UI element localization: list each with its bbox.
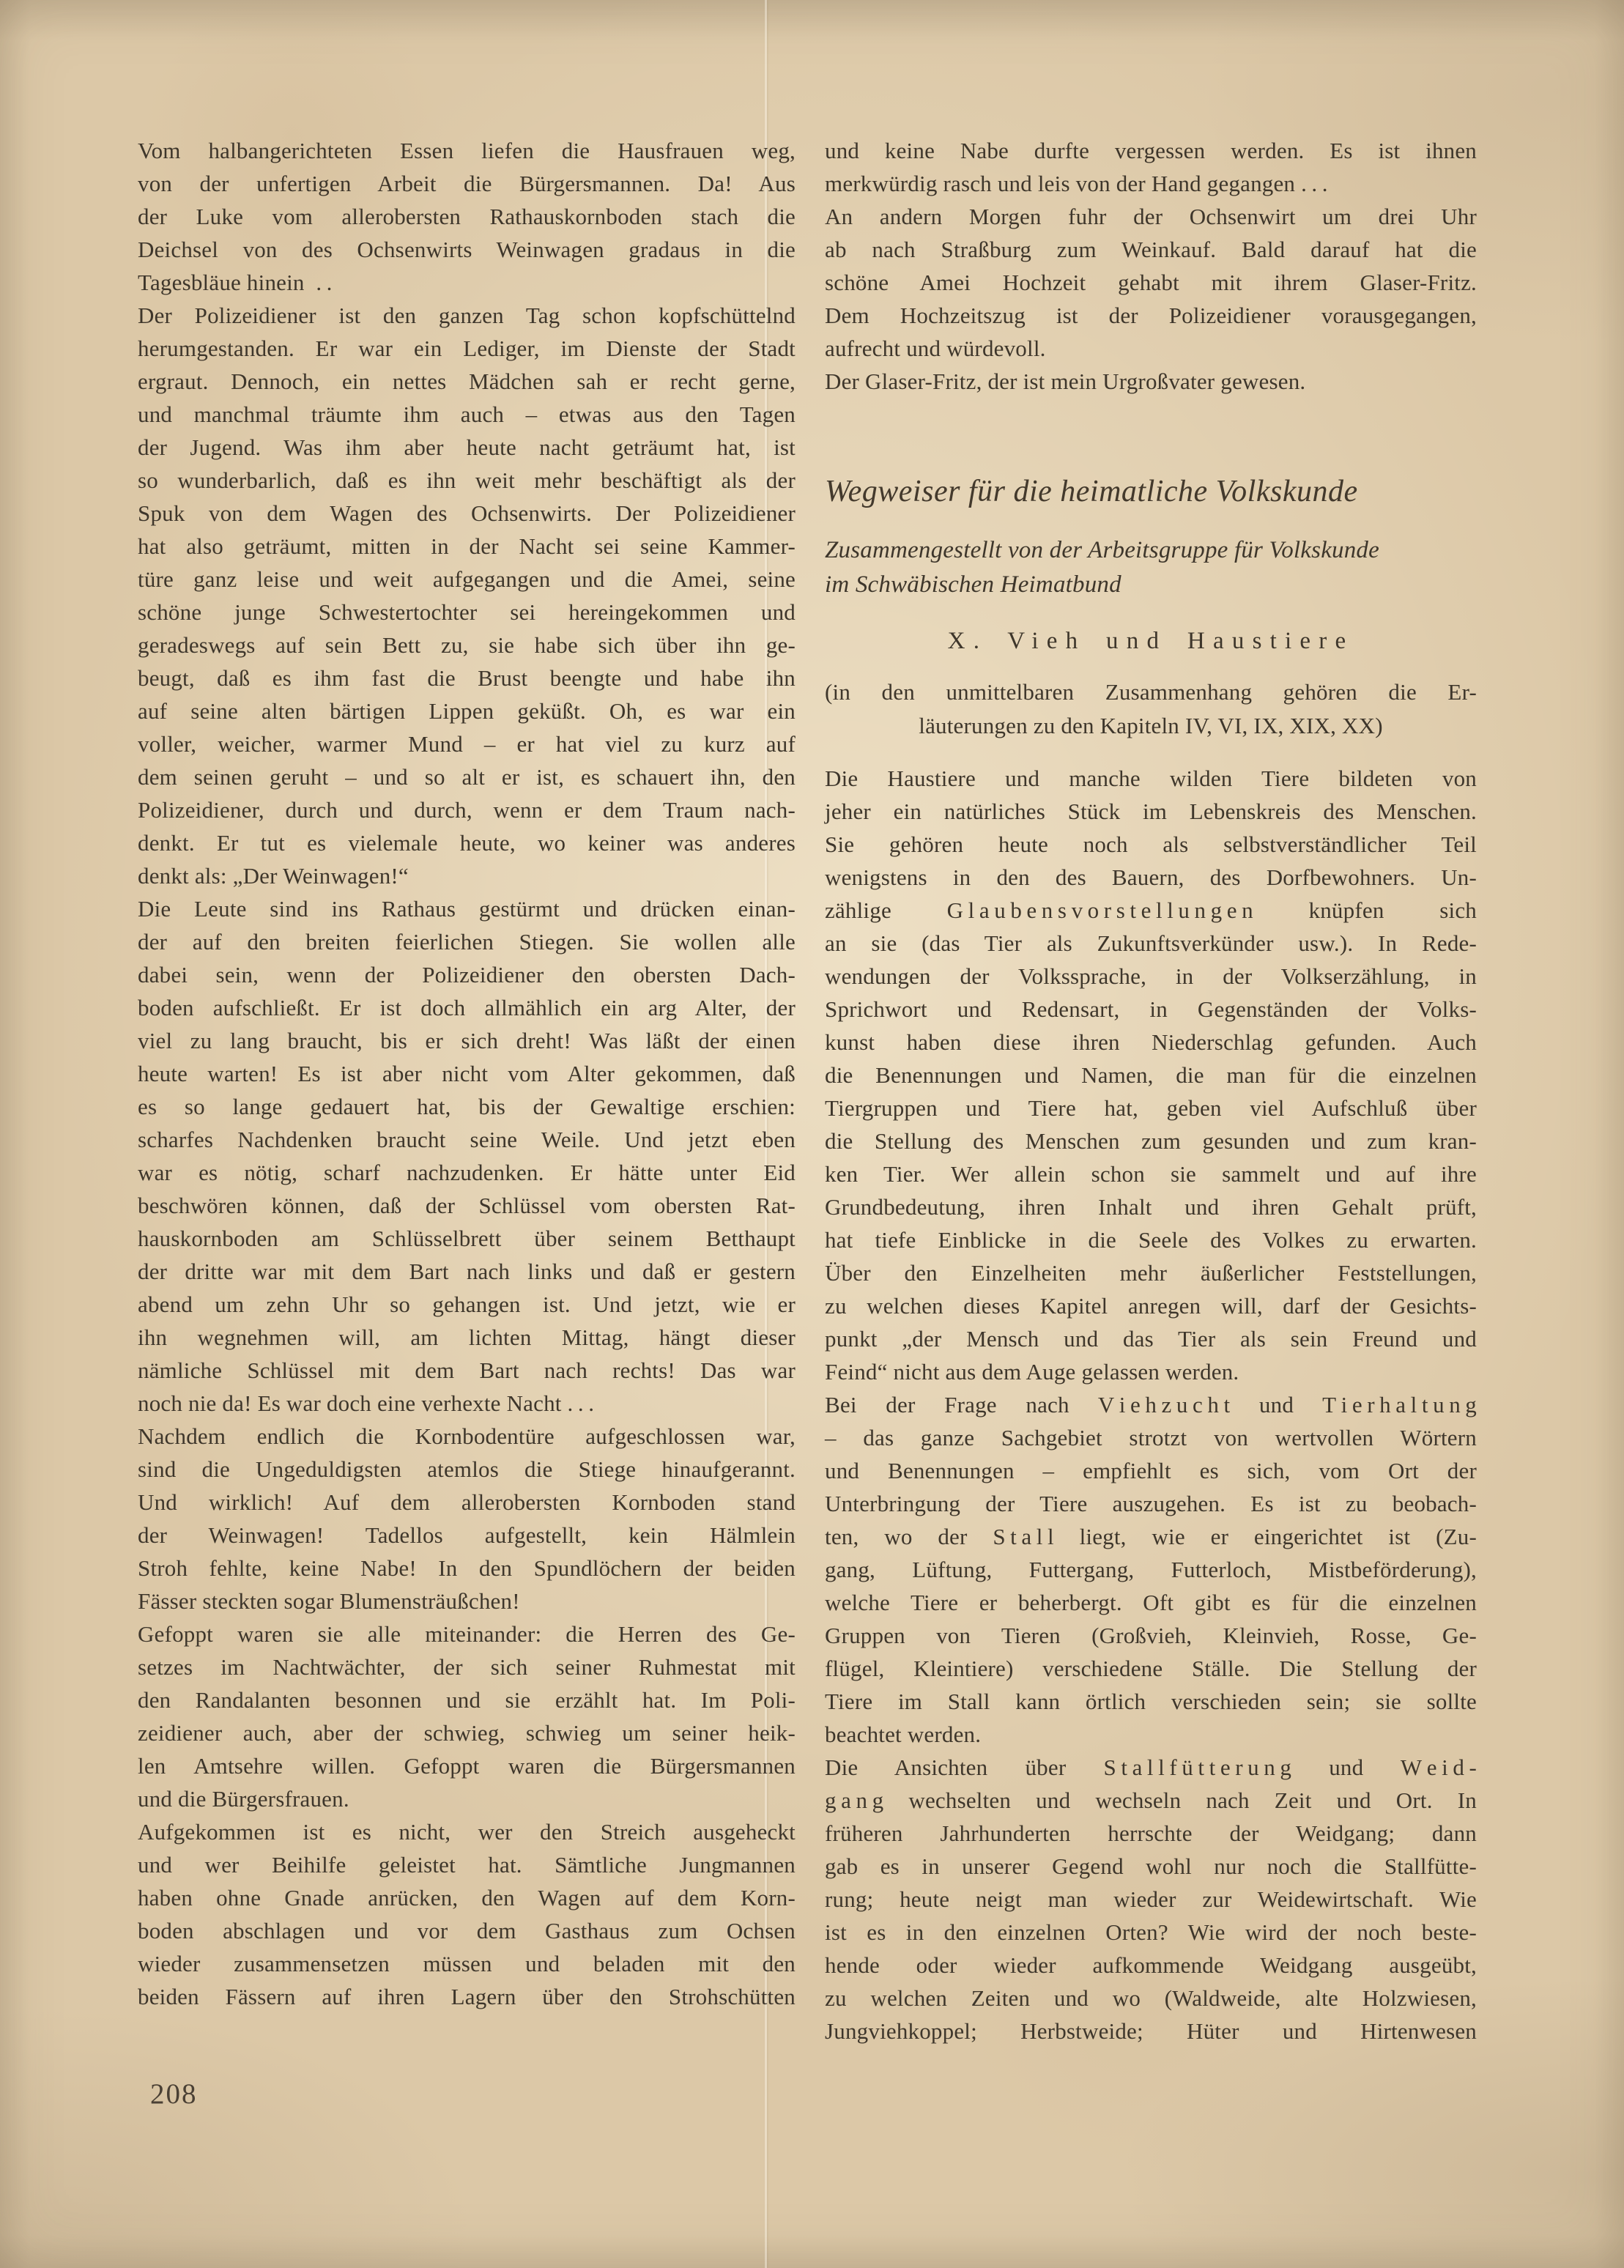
- story-continuation: und keine Nabe durfte vergessen werden. …: [825, 134, 1477, 398]
- article-byline: Zusammengestellt von der Arbeitsgruppe f…: [825, 533, 1477, 602]
- text-line: Spuk von dem Wagen des Ochsenwirts. Der …: [138, 497, 796, 530]
- note-line: läuterungen zu den Kapiteln IV, VI, IX, …: [825, 709, 1477, 743]
- text-line: zu welchen Zeiten und wo (Waldweide, alt…: [825, 1982, 1477, 2015]
- text-line: auf seine alten bärtigen Lippen geküßt. …: [138, 694, 796, 727]
- text-line: früheren Jahrhunderten herrschte der Wei…: [825, 1817, 1477, 1850]
- text-line: Deichsel von des Ochsenwirts Weinwagen g…: [138, 233, 796, 266]
- text-line: Feind“ nicht aus dem Auge gelassen werde…: [825, 1355, 1477, 1388]
- text-line: dabei sein, wenn der Polizeidiener den o…: [138, 958, 796, 991]
- text-line: der Luke vom allerobersten Rathauskornbo…: [138, 200, 796, 233]
- text-line: hauskornboden am Schlüsselbrett über sei…: [138, 1222, 796, 1255]
- text-line: beachtet werden.: [825, 1718, 1477, 1751]
- text-line: hat tiefe Einblicke in die Seele des Vol…: [825, 1223, 1477, 1256]
- text-line: Die Haustiere und manche wilden Tiere bi…: [825, 762, 1477, 795]
- note-line: (in den unmittelbaren Zusammenhang gehör…: [825, 675, 1477, 709]
- text-line: scharfes Nachdenken braucht seine Weile.…: [138, 1123, 796, 1156]
- text-line: g a n g wechselten und wechseln nach Zei…: [825, 1784, 1477, 1817]
- text-line: türe ganz leise und weit aufgegangen und…: [138, 563, 796, 596]
- text-line: Tiere im Stall kann örtlich verschieden …: [825, 1685, 1477, 1718]
- text-line: boden abschlagen und vor dem Gasthaus zu…: [138, 1914, 796, 1947]
- text-line: merkwürdig rasch und leis von der Hand g…: [825, 167, 1477, 200]
- article-title: Wegweiser für die heimatliche Volkskunde: [825, 469, 1477, 514]
- text-line: beiden Fässern auf ihren Lagern über den…: [138, 1980, 796, 2013]
- text-line: zählige G l a u b e n s v o r s t e l l …: [825, 894, 1477, 927]
- paragraph: Gefoppt waren sie alle miteinander: die …: [138, 1617, 796, 1815]
- text-line: punkt „der Mensch und das Tier als sein …: [825, 1322, 1477, 1355]
- text-line: Gefoppt waren sie alle miteinander: die …: [138, 1617, 796, 1650]
- text-line: wendungen der Volkssprache, in der Volks…: [825, 960, 1477, 993]
- text-line: dem seinen geruht – und so alt er ist, e…: [138, 760, 796, 793]
- text-line: ihn wegnehmen will, am lichten Mittag, h…: [138, 1321, 796, 1354]
- text-line: Unterbringung der Tiere auszugehen. Es i…: [825, 1487, 1477, 1520]
- paragraph: Nachdem endlich die Kornbodentüre aufges…: [138, 1420, 796, 1617]
- text-line: es so lange gedauert hat, bis der Gewalt…: [138, 1090, 796, 1123]
- paragraph: Bei der Frage nach V i e h z u c h t und…: [825, 1388, 1477, 1751]
- text-line: der Jugend. Was ihm aber heute nacht get…: [138, 431, 796, 464]
- text-line: gang, Lüftung, Futtergang, Futterloch, M…: [825, 1553, 1477, 1586]
- paragraph: und keine Nabe durfte vergessen werden. …: [825, 134, 1477, 200]
- text-line: Polizeidiener, durch und durch, wenn er …: [138, 793, 796, 826]
- text-line: len Amtsehre willen. Gefoppt waren die B…: [138, 1749, 796, 1782]
- left-column: Vom halbangerichteten Essen liefen die H…: [138, 134, 796, 2013]
- text-line: voller, weicher, warmer Mund – er hat vi…: [138, 727, 796, 760]
- text-line: heute warten! Es ist aber nicht vom Alte…: [138, 1057, 796, 1090]
- text-line: von der unfertigen Arbeit die Bürgersman…: [138, 167, 796, 200]
- text-line: Und wirklich! Auf dem allerobersten Korn…: [138, 1486, 796, 1519]
- text-line: Vom halbangerichteten Essen liefen die H…: [138, 134, 796, 167]
- text-line: flügel, Kleintiere) verschiedene Ställe.…: [825, 1652, 1477, 1685]
- byline-line: im Schwäbischen Heimatbund: [825, 568, 1477, 602]
- paragraph: Der Polizeidiener ist den ganzen Tag sch…: [138, 299, 796, 892]
- paragraph: Der Glaser-Fritz, der ist mein Urgroßvat…: [825, 365, 1477, 398]
- paragraph: Aufgekommen ist es nicht, wer den Streic…: [138, 1815, 796, 2013]
- text-line: Jungviehkoppel; Herbstweide; Hüter und H…: [825, 2015, 1477, 2047]
- text-line: welche Tiere er beherbergt. Oft gibt es …: [825, 1586, 1477, 1619]
- text-line: setzes im Nachtwächter, der sich seiner …: [138, 1650, 796, 1683]
- text-line: beugt, daß es ihm fast die Brust beengte…: [138, 661, 796, 694]
- text-line: war es nötig, scharf nachzudenken. Er hä…: [138, 1156, 796, 1189]
- text-line: zeidiener auch, aber der schwieg, schwie…: [138, 1716, 796, 1749]
- text-line: schöne junge Schwestertochter sei herein…: [138, 596, 796, 629]
- text-line: An andern Morgen fuhr der Ochsenwirt um …: [825, 200, 1477, 233]
- text-line: sind die Ungeduldigsten atemlos die Stie…: [138, 1453, 796, 1486]
- text-line: und wer Beihilfe geleistet hat. Sämtlich…: [138, 1848, 796, 1881]
- text-line: – das ganze Sachgebiet strotzt von wertv…: [825, 1421, 1477, 1454]
- text-line: ab nach Straßburg zum Weinkauf. Bald dar…: [825, 233, 1477, 266]
- text-line: kunst haben diese ihren Niederschlag gef…: [825, 1026, 1477, 1059]
- text-line: Die Ansichten über S t a l l f ü t t e r…: [825, 1751, 1477, 1784]
- text-line: denkt als: „Der Weinwagen!“: [138, 859, 796, 892]
- text-line: so wunderbarlich, daß es ihn weit mehr b…: [138, 464, 796, 497]
- text-line: der dritte war mit dem Bart nach links u…: [138, 1255, 796, 1288]
- text-line: der auf den breiten feierlichen Stiegen.…: [138, 925, 796, 958]
- text-line: wieder zusammensetzen müssen und beladen…: [138, 1947, 796, 1980]
- text-line: ist es in den einzelnen Orten? Wie wird …: [825, 1916, 1477, 1949]
- text-line: hende oder wieder aufkommende Weidgang a…: [825, 1949, 1477, 1982]
- text-line: jeher ein natürliches Stück im Lebenskre…: [825, 795, 1477, 828]
- text-line: Tagesbläue hinein . .: [138, 266, 796, 299]
- section-heading: X. Vieh und Haustiere: [825, 624, 1477, 658]
- text-line: noch nie da! Es war doch eine verhexte N…: [138, 1387, 796, 1420]
- section-note: (in den unmittelbaren Zusammenhang gehör…: [825, 675, 1477, 743]
- text-line: Stroh fehlte, keine Nabe! In den Spundlö…: [138, 1552, 796, 1585]
- paragraph: Die Haustiere und manche wilden Tiere bi…: [825, 762, 1477, 1388]
- text-line: Über den Einzelheiten mehr äußerlicher F…: [825, 1256, 1477, 1289]
- text-line: Aufgekommen ist es nicht, wer den Streic…: [138, 1815, 796, 1848]
- text-line: die Benennungen und Namen, die man für d…: [825, 1059, 1477, 1092]
- text-line: Grundbedeutung, ihren Inhalt und ihren G…: [825, 1190, 1477, 1223]
- text-line: ken Tier. Wer allein schon sie sammelt u…: [825, 1157, 1477, 1190]
- text-line: boden aufschließt. Er ist doch allmählic…: [138, 991, 796, 1024]
- text-line: Sie gehören heute noch als selbstverstän…: [825, 828, 1477, 861]
- text-line: hat also geträumt, mitten in der Nacht s…: [138, 530, 796, 563]
- text-line: Bei der Frage nach V i e h z u c h t und…: [825, 1388, 1477, 1421]
- text-line: aufrecht und würdevoll.: [825, 332, 1477, 365]
- text-line: beschwören können, daß der Schlüssel vom…: [138, 1189, 796, 1222]
- text-line: und Benennungen – empfiehlt es sich, vom…: [825, 1454, 1477, 1487]
- text-line: Sprichwort und Redensart, in Gegenstände…: [825, 993, 1477, 1026]
- text-line: Tiergruppen und Tiere hat, geben viel Au…: [825, 1092, 1477, 1124]
- text-line: der Weinwagen! Tadellos aufgestellt, kei…: [138, 1519, 796, 1552]
- text-line: schöne Amei Hochzeit gehabt mit ihrem Gl…: [825, 266, 1477, 299]
- text-line: Dem Hochzeitszug ist der Polizeidiener v…: [825, 299, 1477, 332]
- text-line: ergraut. Dennoch, ein nettes Mädchen sah…: [138, 365, 796, 398]
- text-line: ten, wo der S t a l l liegt, wie er eing…: [825, 1520, 1477, 1553]
- text-line: und keine Nabe durfte vergessen werden. …: [825, 134, 1477, 167]
- text-line: wenigstens in den des Bauern, des Dorfbe…: [825, 861, 1477, 894]
- text-line: nämliche Schlüssel mit dem Bart nach rec…: [138, 1354, 796, 1387]
- text-line: Gruppen von Tieren (Großvieh, Kleinvieh,…: [825, 1619, 1477, 1652]
- text-line: viel zu lang braucht, bis er sich dreht!…: [138, 1024, 796, 1057]
- text-line: den Randalanten besonnen und sie erzählt…: [138, 1683, 796, 1716]
- text-line: und manchmal träumte ihm auch – etwas au…: [138, 398, 796, 431]
- text-line: abend um zehn Uhr so gehangen ist. Und j…: [138, 1288, 796, 1321]
- text-line: Die Leute sind ins Rathaus gestürmt und …: [138, 892, 796, 925]
- paragraph: Die Leute sind ins Rathaus gestürmt und …: [138, 892, 796, 1420]
- text-line: zu welchen dieses Kapitel anregen will, …: [825, 1289, 1477, 1322]
- paragraph: Die Ansichten über S t a l l f ü t t e r…: [825, 1751, 1477, 2047]
- text-line: an sie (das Tier als Zukunftsverkünder u…: [825, 927, 1477, 960]
- text-line: geradeswegs auf sein Bett zu, sie habe s…: [138, 629, 796, 661]
- text-line: Der Glaser-Fritz, der ist mein Urgroßvat…: [825, 365, 1477, 398]
- text-line: haben ohne Gnade anrücken, den Wagen auf…: [138, 1881, 796, 1914]
- right-column: und keine Nabe durfte vergessen werden. …: [825, 134, 1477, 2047]
- text-line: rung; heute neigt man wieder zur Weidewi…: [825, 1883, 1477, 1916]
- text-line: gab es in unserer Gegend wohl nur noch d…: [825, 1850, 1477, 1883]
- text-line: herumgestanden. Er war ein Lediger, im D…: [138, 332, 796, 365]
- article-body: Die Haustiere und manche wilden Tiere bi…: [825, 762, 1477, 2047]
- text-line: und die Bürgersfrauen.: [138, 1782, 796, 1815]
- byline-line: Zusammengestellt von der Arbeitsgruppe f…: [825, 533, 1477, 568]
- text-line: die Stellung des Menschen zum gesunden u…: [825, 1124, 1477, 1157]
- page-number: 208: [150, 2078, 198, 2110]
- text-line: Der Polizeidiener ist den ganzen Tag sch…: [138, 299, 796, 332]
- paragraph: Vom halbangerichteten Essen liefen die H…: [138, 134, 796, 299]
- paragraph: An andern Morgen fuhr der Ochsenwirt um …: [825, 200, 1477, 365]
- text-line: Nachdem endlich die Kornbodentüre aufges…: [138, 1420, 796, 1453]
- text-line: denkt. Er tut es vielemale heute, wo kei…: [138, 826, 796, 859]
- scanned-page: Vom halbangerichteten Essen liefen die H…: [0, 0, 1624, 2268]
- text-line: Fässer steckten sogar Blumensträußchen!: [138, 1585, 796, 1617]
